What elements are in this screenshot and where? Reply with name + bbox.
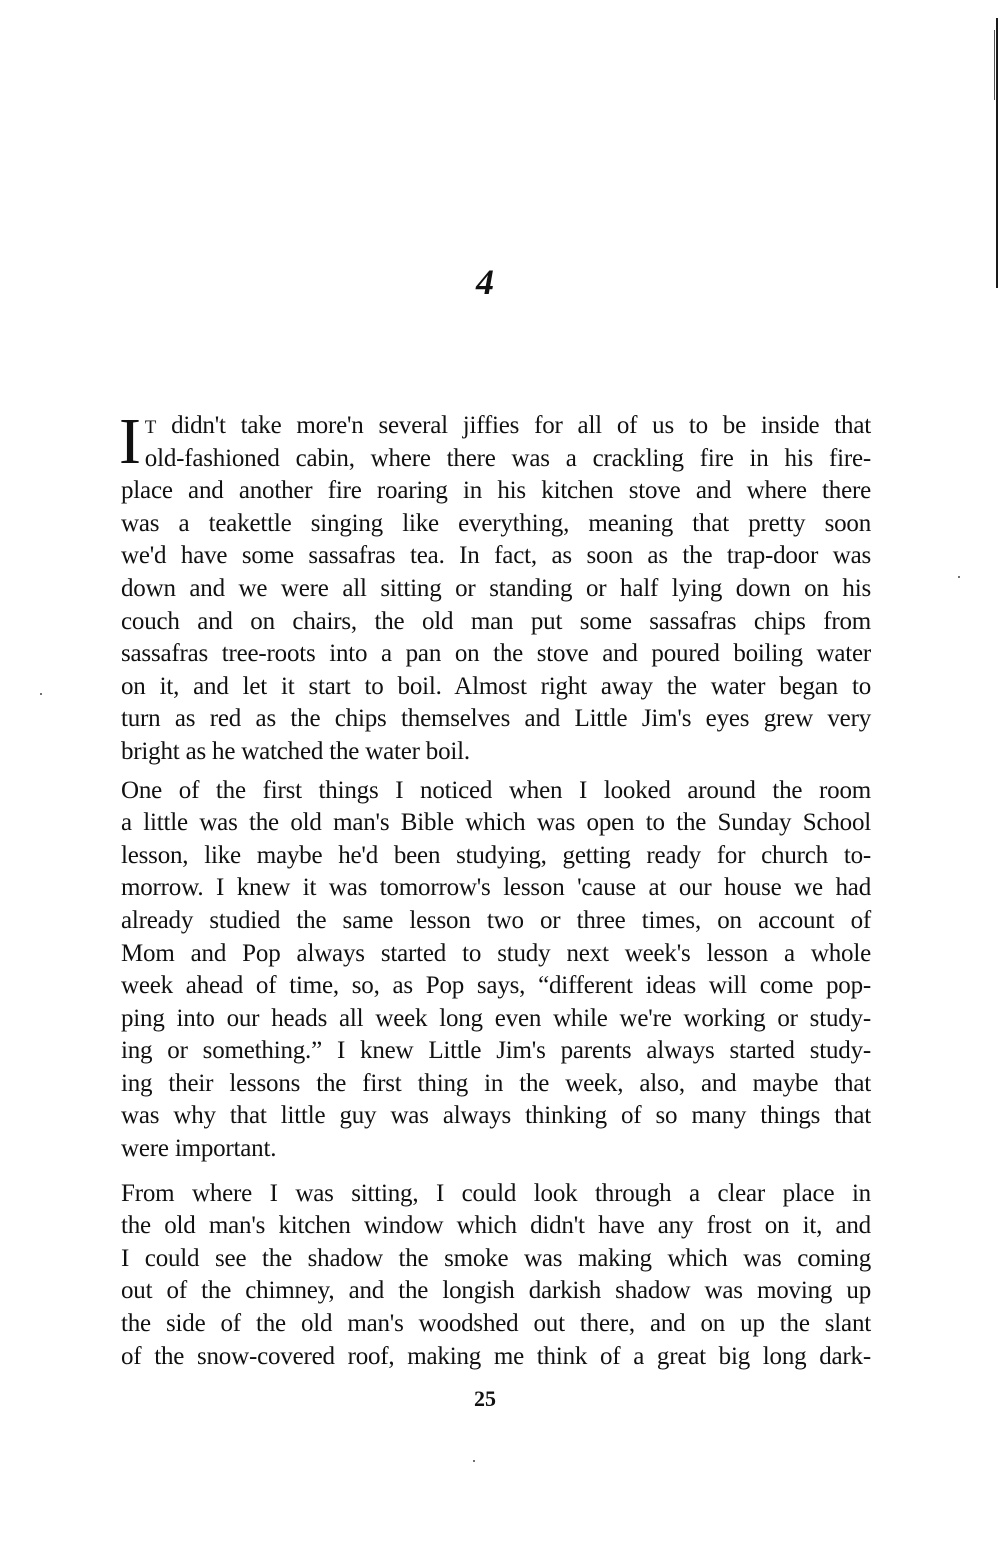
scan-speck: [958, 576, 960, 578]
paragraph-2: One of the first things I noticed when I…: [121, 775, 871, 1166]
drop-cap: I: [119, 414, 141, 470]
text-line: morrow. I knew it was tomorrow's lesson …: [121, 872, 871, 905]
text-line: old-fashioned cabin, where there was a c…: [121, 443, 871, 476]
text-line: was a teakettle singing like everything,…: [121, 508, 871, 541]
text-line: down and we were all sitting or standing…: [121, 573, 871, 606]
text-line: couch and on chairs, the old man put som…: [121, 606, 871, 639]
scan-speck: [473, 1460, 475, 1462]
text-line: the old man's kitchen window which didn'…: [121, 1210, 871, 1243]
text-line: we'd have some sassafras tea. In fact, a…: [121, 540, 871, 573]
text-line: of the snow-covered roof, making me thin…: [121, 1341, 871, 1374]
page-number: 25: [0, 1386, 970, 1412]
text-line: already studied the same lesson two or t…: [121, 905, 871, 938]
text-line: T didn't take more'n several jiffies for…: [121, 410, 871, 443]
paragraph-1: I T didn't take more'n several jiffies f…: [121, 410, 871, 769]
text-line: ing their lessons the first thing in the…: [121, 1068, 871, 1101]
page-edge-mark: [996, 18, 998, 288]
text-line: I could see the shadow the smoke was mak…: [121, 1243, 871, 1276]
text-line: Mom and Pop always started to study next…: [121, 938, 871, 971]
text-line: bright as he watched the water boil.: [121, 736, 871, 769]
text-line: was why that little guy was always think…: [121, 1100, 871, 1133]
small-caps-lead: T: [145, 417, 156, 438]
text-line: out of the chimney, and the longish dark…: [121, 1275, 871, 1308]
chapter-number: 4: [0, 262, 970, 302]
text-line: sassafras tree-roots into a pan on the s…: [121, 638, 871, 671]
text-line: ping into our heads all week long even w…: [121, 1003, 871, 1036]
text-line: week ahead of time, so, as Pop says, “di…: [121, 970, 871, 1003]
text-line: place and another fire roaring in his ki…: [121, 475, 871, 508]
text-line: turn as red as the chips themselves and …: [121, 703, 871, 736]
paragraph-3: From where I was sitting, I could look t…: [121, 1178, 871, 1374]
text-line: ing or something.” I knew Little Jim's p…: [121, 1035, 871, 1068]
text-line: From where I was sitting, I could look t…: [121, 1178, 871, 1211]
chapter-body: I T didn't take more'n several jiffies f…: [121, 410, 871, 1373]
text-line: the side of the old man's woodshed out t…: [121, 1308, 871, 1341]
text-line: One of the first things I noticed when I…: [121, 775, 871, 808]
text-line: lesson, like maybe he'd been studying, g…: [121, 840, 871, 873]
text-line: on it, and let it start to boil. Almost …: [121, 671, 871, 704]
scan-speck: [40, 693, 42, 695]
text-line: a little was the old man's Bible which w…: [121, 807, 871, 840]
page-edge-mark-thin: [994, 30, 995, 100]
book-page: 4 I T didn't take more'n several jiffies…: [0, 0, 1000, 1544]
text-line: were important.: [121, 1133, 871, 1166]
